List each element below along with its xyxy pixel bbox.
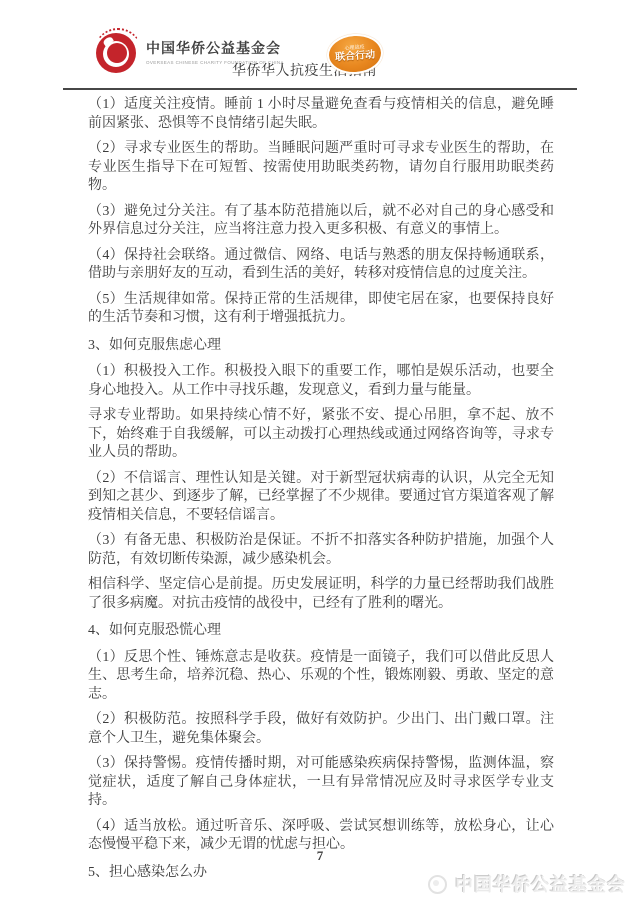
header-divider (63, 88, 577, 90)
footer-watermark-text: 中国华侨公益基金会 (455, 871, 626, 897)
footer-watermark-block: 中国华侨公益基金会 (428, 871, 626, 897)
logo-circle (96, 33, 136, 73)
section-heading-anxiety: 3、如何克服焦虑心理 (88, 337, 554, 356)
document-body: （1）适度关注疫情。睡前 1 小时尽量避免查看与疫情相关的信息，避免睡前因紧张、… (88, 96, 554, 890)
paragraph: （3）保持警惕。疫情传播时期，对可能感染疾病保持警惕，监测体温，察觉症状，适度了… (88, 755, 554, 811)
footer-logo-icon (428, 875, 447, 894)
page-number: 7 (0, 848, 640, 864)
paragraph: （5）生活规律如常。保持正常的生活规律，即使宅居在家，也要保持良好的生活节奏和习… (88, 291, 554, 328)
paragraph: （2）不信谣言、理性认知是关键。对于新型冠状病毒的认识，从完全无知到知之甚少、到… (88, 470, 554, 526)
paragraph: （1）适度关注疫情。睡前 1 小时尽量避免查看与疫情相关的信息，避免睡前因紧张、… (88, 96, 554, 133)
foundation-logo-icon (95, 30, 139, 74)
paragraph: （1）积极投入工作。积极投入眼下的重要工作，哪怕是娱乐活动，也要全身心地投入。从… (88, 363, 554, 400)
paragraph: （3）有备无患、积极防治是保证。不折不扣落实各种防护措施，加强个人防范，有效切断… (88, 532, 554, 569)
page-header: 中国华侨公益基金会 OVERSEAS CHINESE CHARITY FOUND… (0, 0, 640, 92)
section-heading-panic: 4、如何克服恐慌心理 (88, 622, 554, 641)
badge-main-text: 联合行动 (335, 50, 376, 65)
paragraph: （4）保持社会联络。通过微信、网络、电话与熟悉的朋友保持畅通联系，借助与亲朋好友… (88, 247, 554, 284)
paragraph: （2）寻求专业医生的帮助。当睡眠问题严重时可寻求专业医生的帮助，在专业医生指导下… (88, 140, 554, 196)
paragraph: 相信科学、坚定信心是前提。历史发展证明，科学的力量已经帮助我们战胜了很多病魔。对… (88, 576, 554, 613)
org-name: 中国华侨公益基金会 (146, 38, 284, 58)
document-page: 中国华侨公益基金会 OVERSEAS CHINESE CHARITY FOUND… (0, 0, 640, 905)
paragraph: （1）反思个性、锤炼意志是收获。疫情是一面镜子，我们可以借此反思人生、思考生命，… (88, 649, 554, 705)
paragraph: （2）积极防范。按照科学手段，做好有效防护。少出门、出门戴口罩。注意个人卫生，避… (88, 711, 554, 748)
paragraph: （3）避免过分关注。有了基本防范措施以后，就不必对自己的身心感受和外界信息过分关… (88, 203, 554, 240)
paragraph: 寻求专业帮助。如果持续心情不好，紧张不安、提心吊胆，拿不起、放不下，始终难于自我… (88, 407, 554, 463)
